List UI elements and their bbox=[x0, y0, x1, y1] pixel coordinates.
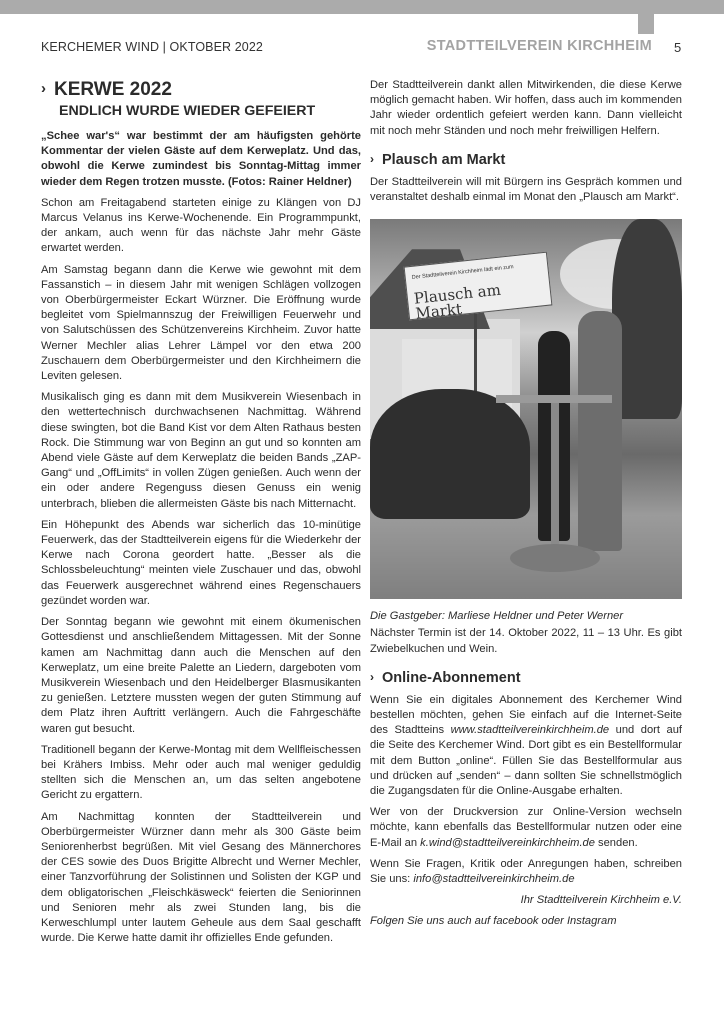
running-header-section: STADTTEILVEREIN KIRCHHEIM bbox=[427, 38, 652, 54]
paragraph: Traditionell begann der Kerwe-Montag mit… bbox=[41, 743, 361, 804]
page-tab-marker bbox=[638, 14, 654, 34]
photo-table-base bbox=[510, 544, 600, 572]
article-title-text: KERWE 2022 bbox=[54, 79, 172, 100]
photo-table-top bbox=[496, 395, 612, 403]
page-number: 5 bbox=[674, 40, 681, 55]
paragraph: Der Stadtteilverein dankt allen Mitwirke… bbox=[370, 78, 682, 139]
section-heading-plausch: ›Plausch am Markt bbox=[370, 151, 682, 169]
article-title: ›KERWE 2022 bbox=[41, 80, 361, 101]
right-column: Der Stadtteilverein dankt allen Mitwirke… bbox=[370, 78, 682, 936]
article-subtitle: ENDLICH WURDE WIEDER GEFEIERT bbox=[59, 103, 361, 120]
photo-plants bbox=[370, 389, 530, 519]
section-heading-text: Plausch am Markt bbox=[382, 152, 505, 168]
paragraph: Nächster Termin ist der 14. Oktober 2022… bbox=[370, 626, 682, 656]
paragraph: Am Samstag begann dann die Kerwe wie gew… bbox=[41, 263, 361, 385]
section-heading-text: Online-Abonnement bbox=[382, 670, 521, 686]
photo-person-right bbox=[578, 311, 622, 551]
text: senden. bbox=[595, 837, 638, 849]
paragraph: Wenn Sie ein digitales Abonnement des Ke… bbox=[370, 693, 682, 799]
chevron-right-icon: › bbox=[370, 152, 374, 166]
paragraph: Wenn Sie Fragen, Kritik oder Anregungen … bbox=[370, 857, 682, 887]
paragraph: Der Stadtteilverein will mit Bürgern ins… bbox=[370, 175, 682, 205]
paragraph: Ein Höhepunkt des Abends war sicherlich … bbox=[41, 518, 361, 609]
photo-plausch-am-markt: Der Stadtteilverein Kirchheim lädt ein z… bbox=[370, 219, 682, 599]
paragraph: Am Nachmittag konnten der Stadtteilverei… bbox=[41, 810, 361, 947]
paragraph: Schon am Freitagabend starteten einige z… bbox=[41, 196, 361, 257]
social-follow-note: Folgen Sie uns auch auf facebook oder In… bbox=[370, 914, 682, 929]
paragraph: Der Sonntag begann wie gewohnt mit einem… bbox=[41, 615, 361, 737]
section-heading-online: ›Online-Abonnement bbox=[370, 669, 682, 687]
website-link[interactable]: www.stadtteilvereinkirchheim.de bbox=[451, 724, 610, 736]
chevron-right-icon: › bbox=[370, 670, 374, 684]
paragraph: Musikalisch ging es dann mit dem Musikve… bbox=[41, 390, 361, 512]
chevron-right-icon: › bbox=[41, 80, 46, 97]
photo-caption: Die Gastgeber: Marliese Heldner und Pete… bbox=[370, 609, 682, 624]
signature: Ihr Stadtteilverein Kirchheim e.V. bbox=[370, 893, 682, 908]
email-link-info[interactable]: info@stadtteilvereinkirchheim.de bbox=[413, 873, 574, 885]
email-link-kwind[interactable]: k.wind@stadtteilvereinkirchheim.de bbox=[420, 837, 595, 849]
top-bar bbox=[0, 0, 724, 14]
photo-tree bbox=[612, 219, 682, 419]
article-lead: „Schee war's“ war bestimmt der am häufig… bbox=[41, 129, 361, 190]
running-header-left: KERCHEMER WIND | OKTOBER 2022 bbox=[41, 40, 263, 54]
left-column: ›KERWE 2022 ENDLICH WURDE WIEDER GEFEIER… bbox=[41, 78, 361, 952]
paragraph: Wer von der Druckversion zur Online-Vers… bbox=[370, 805, 682, 851]
photo-table-leg bbox=[551, 403, 559, 553]
